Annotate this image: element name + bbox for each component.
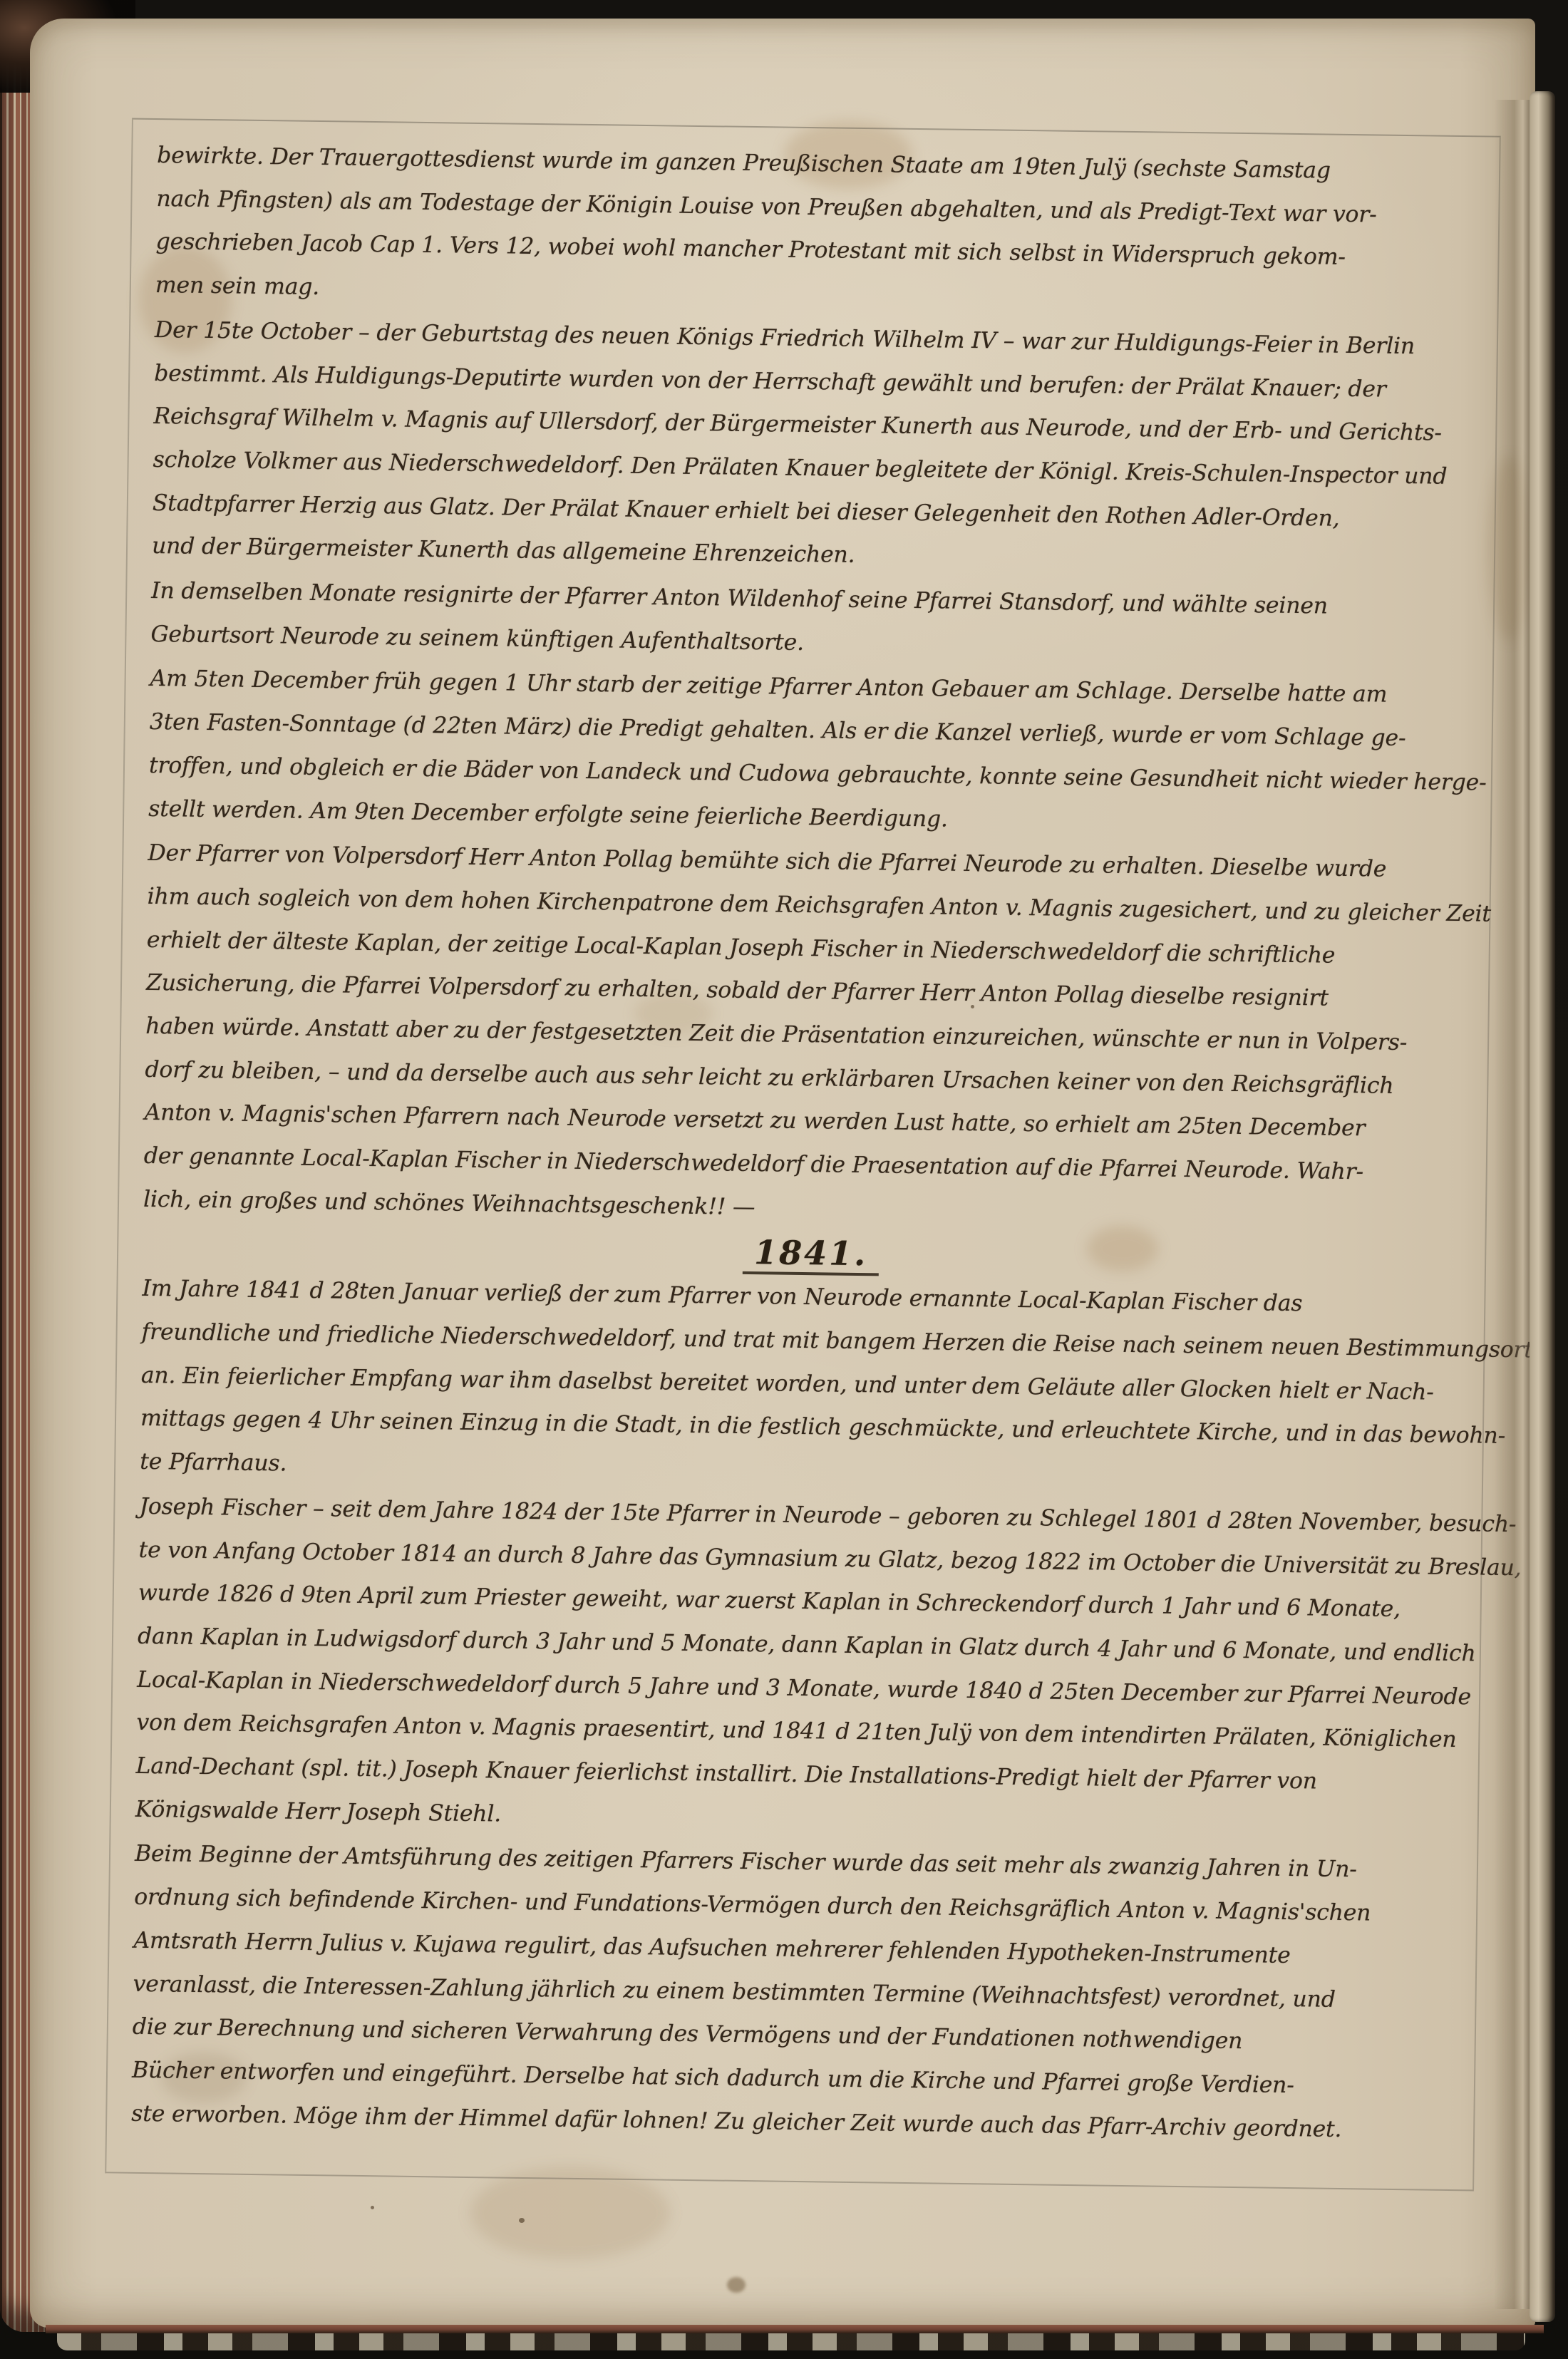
- paragraph: Beim Beginne der Amtsführung des zeitige…: [131, 1832, 1471, 2152]
- paper-speck: [519, 2218, 525, 2223]
- handwritten-text: bewirkte. Der Trauergottesdienst wurde i…: [105, 118, 1501, 2192]
- torn-paper-edge: [57, 2333, 1525, 2350]
- paper-speck: [371, 2206, 374, 2209]
- paragraph: Am 5ten December früh gegen 1 Uhr starb …: [148, 657, 1487, 847]
- stain: [470, 2167, 670, 2259]
- bottom-page-edge: [46, 2325, 1544, 2333]
- paragraph: bewirkte. Der Trauergottesdienst wurde i…: [155, 134, 1493, 324]
- paragraph: Im Jahre 1841 d 28ten Januar verließ der…: [140, 1267, 1479, 1501]
- stain: [727, 2277, 746, 2293]
- page-fold-shadow: [1494, 100, 1531, 2309]
- scanned-book-photo: bewirkte. Der Trauergottesdienst wurde i…: [0, 0, 1568, 2359]
- paragraph: Joseph Fischer – seit dem Jahre 1824 der…: [135, 1485, 1475, 1849]
- paragraph: Der Pfarrer von Volpersdorf Herr Anton P…: [143, 832, 1485, 1239]
- next-page-edge: [1530, 91, 1555, 2322]
- paragraph: In demselben Monate resignirte der Pfarr…: [150, 569, 1487, 673]
- paragraph: Der 15te October – der Geburtstag des ne…: [152, 309, 1492, 586]
